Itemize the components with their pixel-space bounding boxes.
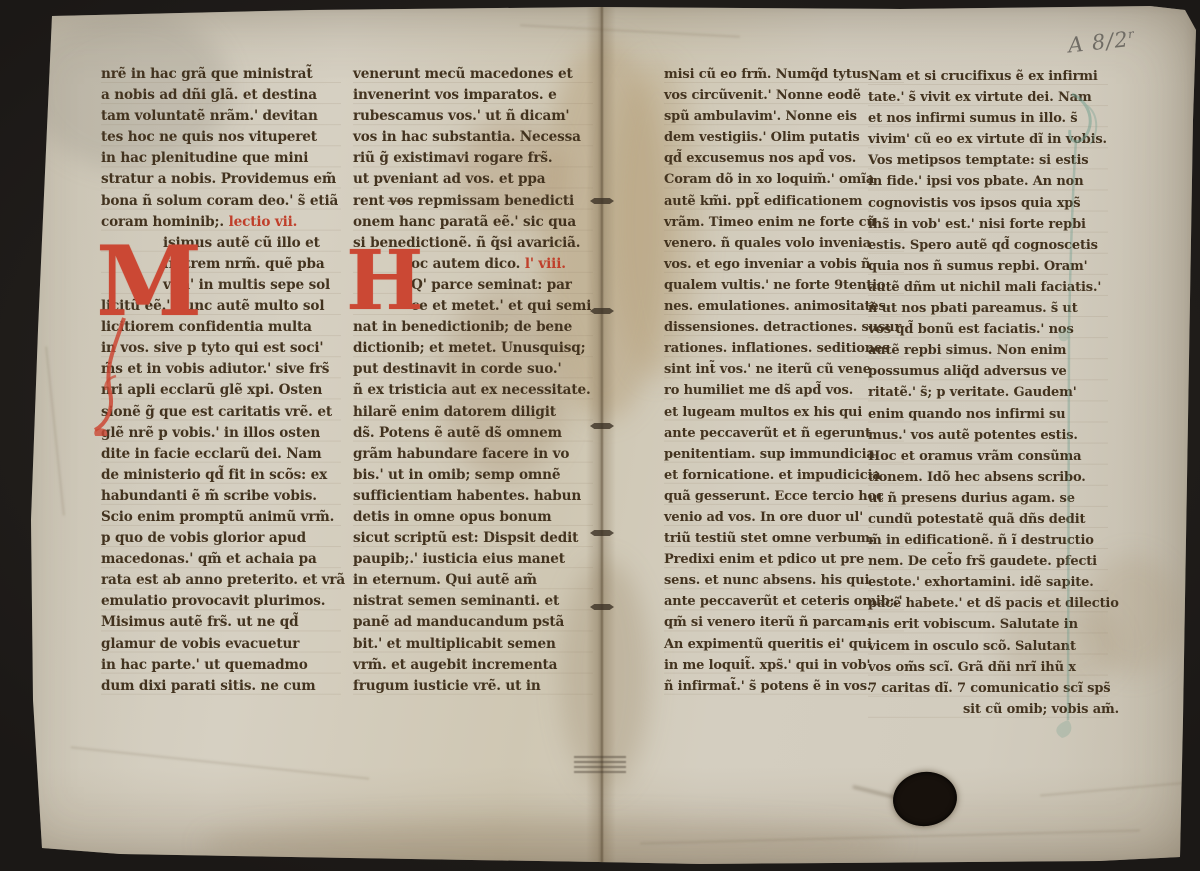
manuscript-line: glamur de vobis evacuetur <box>101 634 341 655</box>
line-text: ce et metet.' et qui semi <box>411 298 591 314</box>
manuscript-line: nem. De cet̃o frs̃ gaudete. pfecti <box>868 551 1108 572</box>
line-text: Predixi enim et pdico ut pre <box>664 552 864 567</box>
line-text: nri apli ecclarũ glẽ xpi. Osten <box>101 382 322 398</box>
line-text: qd̃ excusemus nos apd̃ vos. <box>664 151 856 166</box>
line-text: triũ testiũ stet omne verbum. <box>664 531 874 546</box>
manuscript-line: bona ñ solum coram deo.' s̃ etiã <box>101 191 341 212</box>
manuscript-line: ut pveniant ad vos. et ppa <box>353 169 593 190</box>
line-text: invenerint vos imparatos. e <box>353 87 557 103</box>
crease-line <box>1040 781 1190 796</box>
line-text: venerunt mecũ macedones et <box>353 66 573 82</box>
line-text: enim quando nos infirmi su <box>868 407 1065 422</box>
line-text: Vos metipsos temptate: si estis <box>868 153 1088 168</box>
manuscript-line: Scio enim promptũ animũ vrm̃. <box>101 507 341 528</box>
manuscript-line: m̃s et in vobis adiutor.' sive frs̃ <box>101 359 341 380</box>
crease-line <box>640 829 1140 844</box>
manuscript-line: paupib;.' iusticia eius manet <box>353 549 593 570</box>
line-text: Scio enim promptũ animũ vrm̃. <box>101 509 334 525</box>
line-text: frugum iusticie vrẽ. ut in <box>353 678 541 694</box>
manuscript-line: possumus aliq̃d adversus ve <box>868 361 1108 382</box>
line-text: ro humiliet me ds̃ apd̃ vos. <box>664 383 853 398</box>
manuscript-line: bis.' ut in omib; semp omnẽ <box>353 465 593 486</box>
manuscript-line: dictionib; et metet. Unusquisq; <box>353 338 593 359</box>
manuscript-line: in hac parte.' ut quemadmo <box>101 655 341 676</box>
line-text: qm̃ si venero iterũ ñ parcam. <box>664 615 871 630</box>
manuscript-line: emulatio provocavit plurimos. <box>101 591 341 612</box>
manuscript-line: tate.' s̃ vivit ex virtute dei. Nam <box>868 87 1108 108</box>
line-text: sufficientiam habentes. habun <box>353 488 581 504</box>
manuscript-line: 7 caritas dĩ. 7 comunicatio scĩ sps̃ <box>868 678 1108 699</box>
rubric-text: l' viii. <box>525 256 566 272</box>
line-text: penitentiam. sup immundicia. <box>664 447 879 462</box>
manuscript-line: pacẽ habete.' et ds̃ pacis et dilectio <box>868 593 1108 614</box>
line-text: a nobis ad dñi glã. et destina <box>101 87 317 103</box>
manuscript-photograph: A 8/2r nrẽ in hac grã que ministrat̃a no… <box>0 0 1200 871</box>
line-text: vos in hac substantia. Necessa <box>353 129 581 145</box>
line-text: bit.' et multiplicabit semen <box>353 636 556 652</box>
line-text: detis in omne opus bonum <box>353 509 551 525</box>
parchment-hole <box>890 768 961 830</box>
line-text: estote.' exhortamini. idẽ sapite. <box>868 575 1094 590</box>
line-text: in me loquit̃. xps̃.' qui in vob' <box>664 658 870 673</box>
line-text: pacẽ habete.' et ds̃ pacis et dilectio <box>868 596 1119 611</box>
manuscript-line: vrm̃. et augebit incrementa <box>353 655 593 676</box>
line-text: vivim' cũ eo ex virtute dĩ in vobis. <box>868 132 1107 147</box>
line-text: possumus aliq̃d adversus ve <box>868 364 1067 379</box>
shelfmark-label: A 8/2r <box>1067 27 1137 58</box>
line-text: in vos. sive p tyto qui est soci' <box>101 340 323 356</box>
line-text: ñ ut nos pbati pareamus. s̃ ut <box>868 301 1078 316</box>
line-text: Coram dõ in xo loquim̃.' omĩa <box>664 172 874 187</box>
line-text: Hoc et oramus vrãm consũma <box>868 449 1081 464</box>
line-text: autẽ km̃i. ppt̃ edificationem <box>664 194 862 209</box>
manuscript-line: ds̃. Potens ẽ autẽ ds̃ omnem <box>353 423 593 444</box>
line-text: venio ad vos. In ore duor ul' <box>664 510 863 525</box>
line-text: spũ ambulavim'. Nonne eis <box>664 109 857 124</box>
manuscript-line: Nam et si crucifixus ẽ ex infirmi <box>868 66 1108 87</box>
manuscript-line: tam voluntatẽ nrãm.' devitan <box>101 106 341 127</box>
manuscript-line: quia nos ñ sumus repbi. Oram' <box>868 256 1108 277</box>
line-text: put destinavit in corde suo.' <box>353 361 562 377</box>
manuscript-line: de ministerio qd̃ fit in scõs: ex <box>101 465 341 486</box>
manuscript-line: macedonas.' qm̃ et achaia pa <box>101 549 341 570</box>
line-text: m̃ in edificationẽ. ñ ĩ destructio <box>868 533 1094 548</box>
manuscript-line: put destinavit in corde suo.' <box>353 359 593 380</box>
line-text: paupib;.' iusticia eius manet <box>353 551 565 567</box>
line-text: emulatio provocavit plurimos. <box>101 593 325 609</box>
text-column-1: nrẽ in hac grã que ministrat̃a nobis ad … <box>101 64 341 697</box>
line-text: nes. emulationes. animositates. <box>664 299 890 314</box>
manuscript-line: vicem in osculo scõ. Salutant <box>868 636 1108 657</box>
line-text: quia nos ñ sumus repbi. Oram' <box>868 259 1087 274</box>
line-text: in hac plenitudine que mini <box>101 150 308 166</box>
line-text: tionem. Idõ hec absens scribo. <box>868 470 1086 485</box>
manuscript-line: ut ñ presens durius agam. se <box>868 488 1108 509</box>
line-text: vrãm. Timeo enim ne forte cũ <box>664 215 876 230</box>
manuscript-line: nistrat semen seminanti. et <box>353 591 593 612</box>
line-text: ihs̃ in vob' est.' nisi forte repbi <box>868 217 1086 232</box>
line-text: dum dixi parati sitis. ne cum <box>101 678 315 694</box>
rubric-text: lectio vii. <box>229 214 298 230</box>
manuscript-line: habundanti ẽ m̃ scribe vobis. <box>101 486 341 507</box>
line-text: m̃s et in vobis adiutor.' sive frs̃ <box>101 361 329 377</box>
manuscript-line: Misimus autẽ frs̃. ut ne qd̃ <box>101 612 341 633</box>
sewing-station <box>590 198 614 204</box>
line-text: et lugeam multos ex his qui <box>664 405 862 420</box>
manuscript-line: estote.' exhortamini. idẽ sapite. <box>868 572 1108 593</box>
manuscript-line: ritatẽ.' s̃; p veritate. Gaudem' <box>868 382 1108 403</box>
line-text: glẽ nrẽ p vobis.' in illos osten <box>101 425 320 441</box>
line-text: ritatẽ.' s̃; p veritate. Gaudem' <box>868 385 1077 400</box>
line-text: venero. ñ quales volo invenia <box>664 236 871 251</box>
line-text: macedonas.' qm̃ et achaia pa <box>101 551 317 567</box>
manuscript-line: ihs̃ in vob' est.' nisi forte repbi <box>868 214 1108 235</box>
manuscript-line: mus.' vos autẽ potentes estis. <box>868 425 1108 446</box>
manuscript-line: nis erit vobiscum. Salutate in <box>868 614 1108 635</box>
manuscript-line: panẽ ad manducandum pstã <box>353 612 593 633</box>
line-text: vos qd̃ bonũ est faciatis.' nos <box>868 322 1074 337</box>
line-text: Nam et si crucifixus ẽ ex infirmi <box>868 69 1098 84</box>
line-text: riũ g̃ existimavi rogare frs̃. <box>353 150 552 166</box>
line-text: sicut scriptũ est: Dispsit dedit <box>353 530 578 546</box>
line-text: tam voluntatẽ nrãm.' devitan <box>101 108 318 124</box>
manuscript-line: rata est ab anno preterito. et vrã <box>101 570 341 591</box>
fold-crease <box>601 6 603 864</box>
line-text: habundanti ẽ m̃ scribe vobis. <box>101 488 317 504</box>
line-text: tate.' s̃ vivit ex virtute dei. Nam <box>868 90 1092 105</box>
manuscript-line: nri apli ecclarũ glẽ xpi. Osten <box>101 380 341 401</box>
sewing-station <box>590 423 614 429</box>
line-text: nis erit vobiscum. Salutate in <box>868 617 1078 632</box>
manuscript-line: sit cũ omib; vobis am̃. <box>868 699 1108 720</box>
manuscript-line: riũ g̃ existimavi rogare frs̃. <box>353 148 593 169</box>
manuscript-line: sionẽ g̃ que est caritatis vrẽ. et <box>101 402 341 423</box>
line-text: hilarẽ enim datorem diligit <box>353 404 556 420</box>
manuscript-line: onem hanc paratã eẽ.' sic qua <box>353 212 593 233</box>
manuscript-line: vivim' cũ eo ex virtute dĩ in vobis. <box>868 129 1108 150</box>
line-text: dictionib; et metet. Unusquisq; <box>353 340 585 356</box>
line-text: vrm̃. et augebit incrementa <box>353 657 557 673</box>
manuscript-line: rent v̶o̶s̶ repmissam benedicti <box>353 191 593 212</box>
manuscript-line: in vos. sive p tyto qui est soci' <box>101 338 341 359</box>
manuscript-line: ñ ex tristicia aut ex necessitate. <box>353 380 593 401</box>
line-text: autẽ dñm ut nichil mali faciatis.' <box>868 280 1101 295</box>
sewing-station <box>590 308 614 314</box>
line-text: cundũ potestatẽ quã dñs dedit <box>868 512 1085 527</box>
line-text: onem hanc paratã eẽ.' sic qua <box>353 214 576 230</box>
manuscript-line: in fide.' ipsi vos pbate. An non <box>868 171 1108 192</box>
shelfmark-recto-mark: r <box>1127 27 1135 42</box>
line-text: vos om̃s scĩ. Grã dñi nrĩ ihũ x <box>868 660 1076 675</box>
line-text: nrẽ in hac grã que ministrat̃ <box>101 66 312 82</box>
manuscript-line: hilarẽ enim datorem diligit <box>353 402 593 423</box>
red-initial-m: M <box>96 234 202 330</box>
line-text: mus.' vos autẽ potentes estis. <box>868 428 1078 443</box>
line-text: panẽ ad manducandum pstã <box>353 614 564 630</box>
line-text: rationes. inflationes. seditiones <box>664 341 889 356</box>
shelfmark-text: A 8/2 <box>1067 27 1130 57</box>
manuscript-line: enim quando nos infirmi su <box>868 404 1108 425</box>
manuscript-line: detis in omne opus bonum <box>353 507 593 528</box>
manuscript-line: ñ ut nos pbati pareamus. s̃ ut <box>868 298 1108 319</box>
stain <box>200 818 900 870</box>
manuscript-line: vos om̃s scĩ. Grã dñi nrĩ ihũ x <box>868 657 1108 678</box>
text-column-2: venerunt mecũ macedones etinvenerint vos… <box>353 64 593 697</box>
manuscript-line: autẽ dñm ut nichil mali faciatis.' <box>868 277 1108 298</box>
manuscript-line: cundũ potestatẽ quã dñs dedit <box>868 509 1108 530</box>
manuscript-line: sicut scriptũ est: Dispsit dedit <box>353 528 593 549</box>
crease-line <box>520 24 740 38</box>
manuscript-line: m̃ in edificationẽ. ñ ĩ destructio <box>868 530 1108 551</box>
line-text: ut ñ presens durius agam. se <box>868 491 1075 506</box>
crease-line <box>45 346 65 515</box>
line-text: Misimus autẽ frs̃. ut ne qd̃ <box>101 614 298 630</box>
line-text: de ministerio qd̃ fit in scõs: ex <box>101 467 327 483</box>
line-text: sionẽ g̃ que est caritatis vrẽ. et <box>101 404 332 420</box>
manuscript-line: venerunt mecũ macedones et <box>353 64 593 85</box>
line-text: grãm habundare facere in vo <box>353 446 569 462</box>
manuscript-line: a nobis ad dñi glã. et destina <box>101 85 341 106</box>
manuscript-line: in hac plenitudine que mini <box>101 148 341 169</box>
manuscript-line: dum dixi parati sitis. ne cum <box>101 676 341 697</box>
line-text: rata est ab anno preterito. et vrã <box>101 572 345 588</box>
manuscript-line: autẽ repbi simus. Non enim <box>868 340 1108 361</box>
line-text: quã gesserunt. Ecce tercio hoc <box>664 489 884 504</box>
text-column-4: Nam et si crucifixus ẽ ex infirmitate.' … <box>868 66 1108 720</box>
line-text: Q' parce seminat: par <box>411 277 572 293</box>
manuscript-line: grãm habundare facere in vo <box>353 444 593 465</box>
line-text: stratur a nobis. Providemus em̃ <box>101 171 336 187</box>
line-text: nistrat semen seminanti. et <box>353 593 559 609</box>
sewing-station <box>590 604 614 610</box>
line-text: sint int̃ vos.' ne iterũ cũ vene <box>664 362 871 377</box>
line-text: sit cũ omib; vobis am̃. <box>963 702 1119 717</box>
sewing-station <box>590 530 614 536</box>
manuscript-line: stratur a nobis. Providemus em̃ <box>101 169 341 190</box>
manuscript-line: cognovistis vos ipsos quia xps̃ <box>868 193 1108 214</box>
fold-dirt-smudge <box>574 756 626 776</box>
manuscript-line: et nos infirmi sumus in illo. s̃ <box>868 108 1108 129</box>
line-text: dissensiones. detractiones. susur <box>664 320 901 335</box>
line-text: ante peccaverũt et ñ egerunt <box>664 426 871 441</box>
line-text: misi cũ eo frm̃. Numq̃d tytus <box>664 67 868 82</box>
manuscript-line: rubescamus vos.' ut ñ dicam' <box>353 106 593 127</box>
manuscript-line: dite in facie ecclarũ dei. Nam <box>101 444 341 465</box>
manuscript-line: sufficientiam habentes. habun <box>353 486 593 507</box>
line-text: oc autem dico. <box>411 256 525 272</box>
parchment-bifolium: A 8/2r nrẽ in hac grã que ministrat̃a no… <box>0 0 1200 871</box>
manuscript-line: invenerint vos imparatos. e <box>353 85 593 106</box>
line-text: et fornicatione. et impudicicia <box>664 468 881 483</box>
manuscript-line: glẽ nrẽ p vobis.' in illos osten <box>101 423 341 444</box>
line-text: rubescamus vos.' ut ñ dicam' <box>353 108 569 124</box>
manuscript-line: bit.' et multiplicabit semen <box>353 634 593 655</box>
line-text: et nos infirmi sumus in illo. s̃ <box>868 111 1077 126</box>
manuscript-line: in eternum. Qui autẽ am̃ <box>353 570 593 591</box>
manuscript-line: Vos metipsos temptate: si estis <box>868 150 1108 171</box>
line-text: nem. De cet̃o frs̃ gaudete. pfecti <box>868 554 1097 569</box>
line-text: rent v̶o̶s̶ repmissam benedicti <box>353 193 574 209</box>
crease-line <box>71 746 370 779</box>
line-text: p quo de vobis glorior apud <box>101 530 306 546</box>
line-text: ut pveniant ad vos. et ppa <box>353 171 545 187</box>
line-text: ñ ex tristicia aut ex necessitate. <box>353 382 591 398</box>
line-text: ñ infirmat̃.' s̃ potens ẽ in vos. <box>664 679 871 694</box>
red-initial-h: H <box>346 240 423 322</box>
line-text: dem vestigiis.' Olim putatis <box>664 130 860 145</box>
line-text: bona ñ solum coram deo.' s̃ etiã <box>101 193 338 209</box>
line-text: in hac parte.' ut quemadmo <box>101 657 308 673</box>
line-text: 7 caritas dĩ. 7 comunicatio scĩ sps̃ <box>868 681 1110 696</box>
line-text: in fide.' ipsi vos pbate. An non <box>868 174 1084 189</box>
line-text: sens. et nunc absens. his qui <box>664 573 869 588</box>
line-text: autẽ repbi simus. Non enim <box>868 343 1066 358</box>
manuscript-line: tes hoc ne quis nos vituperet <box>101 127 341 148</box>
line-text: glamur de vobis evacuetur <box>101 636 299 652</box>
line-text: vos circũvenit.' Nonne eodẽ <box>664 88 861 103</box>
manuscript-line: frugum iusticie vrẽ. ut in <box>353 676 593 697</box>
line-text: vos. et ego inveniar a vobis ñ <box>664 257 870 272</box>
manuscript-line: Hoc et oramus vrãm consũma <box>868 446 1108 467</box>
line-text: ante peccaverũt et ceteris omib;.' <box>664 594 903 609</box>
line-text: dite in facie ecclarũ dei. Nam <box>101 446 321 462</box>
manuscript-line: tionem. Idõ hec absens scribo. <box>868 467 1108 488</box>
line-text: cognovistis vos ipsos quia xps̃ <box>868 196 1080 211</box>
manuscript-line: estis. Spero autẽ qd̃ cognoscetis <box>868 235 1108 256</box>
line-text: ds̃. Potens ẽ autẽ ds̃ omnem <box>353 425 562 441</box>
manuscript-line: vos qd̃ bonũ est faciatis.' nos <box>868 319 1108 340</box>
line-text: in eternum. Qui autẽ am̃ <box>353 572 537 588</box>
line-text: qualem vultis.' ne forte 9tentio <box>664 278 885 293</box>
line-text: bis.' ut in omib; semp omnẽ <box>353 467 560 483</box>
manuscript-line: nrẽ in hac grã que ministrat̃ <box>101 64 341 85</box>
line-text: vicem in osculo scõ. Salutant <box>868 639 1076 654</box>
line-text: An expimentũ queritis ei' qui <box>664 637 872 652</box>
manuscript-line: p quo de vobis glorior apud <box>101 528 341 549</box>
line-text: tes hoc ne quis nos vituperet <box>101 129 317 145</box>
manuscript-line: vos in hac substantia. Necessa <box>353 127 593 148</box>
line-text: estis. Spero autẽ qd̃ cognoscetis <box>868 238 1098 253</box>
